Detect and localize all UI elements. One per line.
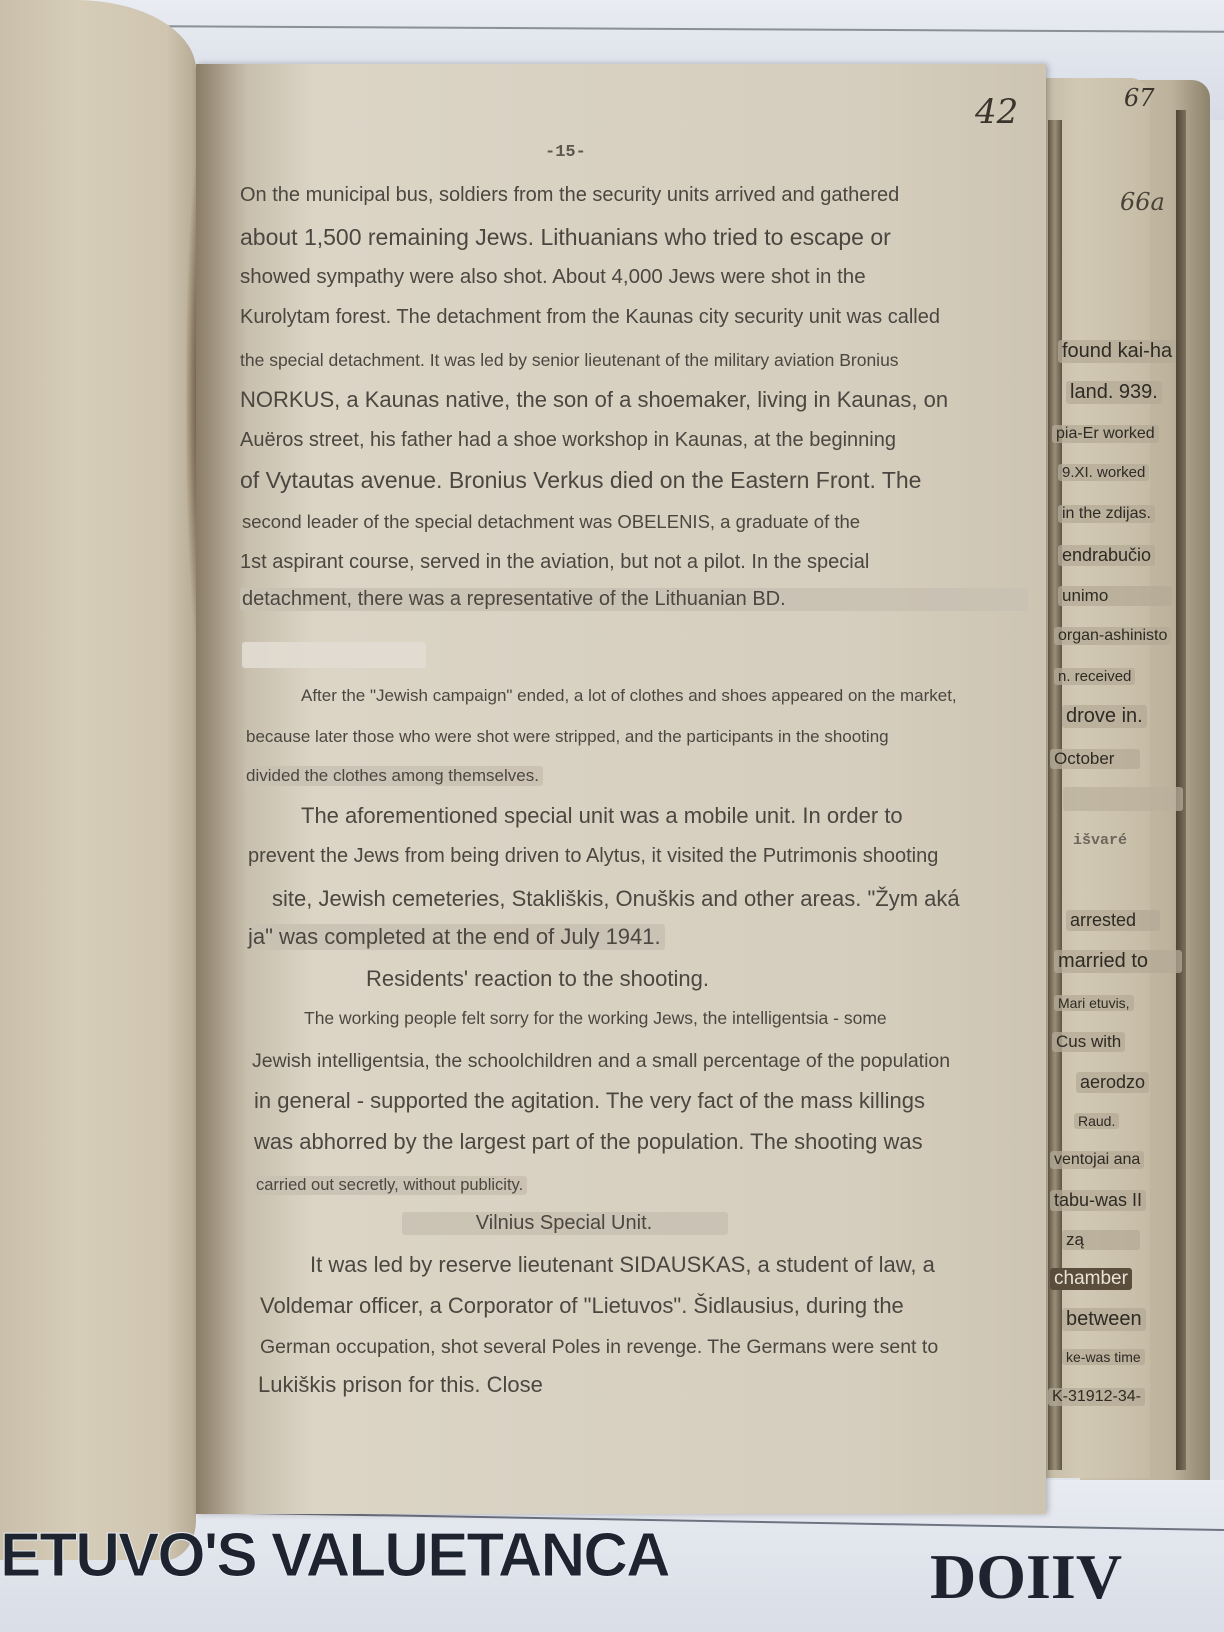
- body-line: showed sympathy were also shot. About 4,…: [240, 265, 866, 289]
- side-fragment: drove in.: [1062, 705, 1147, 728]
- body-line: was abhorred by the largest part of the …: [254, 1129, 923, 1155]
- side-fragment: zą: [1062, 1230, 1140, 1250]
- side-fragment: 9.XI. worked: [1058, 464, 1149, 481]
- body-line: Kurolytam forest. The detachment from th…: [240, 306, 940, 329]
- body-line: Lukiškis prison for this. Close: [258, 1372, 543, 1398]
- body-line: carried out secretly, without publicity.: [254, 1176, 527, 1195]
- side-fragment: between: [1062, 1308, 1146, 1331]
- body-line: The aforementioned special unit was a mo…: [301, 803, 903, 829]
- left-page: [0, 0, 196, 1560]
- body-line: NORKUS, a Kaunas native, the son of a sh…: [240, 387, 948, 413]
- side-fragment: Mari etuvis,: [1054, 995, 1134, 1011]
- side-fragment: unimo: [1058, 586, 1172, 606]
- newspaper-headline-right: DOIIV: [930, 1540, 1122, 1614]
- side-fragment: married to: [1054, 950, 1182, 973]
- body-line: the special detachment. It was led by se…: [240, 350, 899, 371]
- side-fragment: October: [1050, 749, 1140, 769]
- body-line: prevent the Jews from being driven to Al…: [248, 845, 938, 868]
- redacted-blank: [242, 642, 426, 668]
- side-fragment: n. received: [1054, 668, 1135, 685]
- side-fragment: land. 939.: [1066, 381, 1162, 404]
- body-line: about 1,500 remaining Jews. Lithuanians …: [240, 224, 891, 251]
- side-fragment: pia-Er worked: [1052, 425, 1159, 443]
- side-fragment: arrested: [1066, 910, 1160, 931]
- side-fragment-highlighted: chamber: [1050, 1268, 1132, 1290]
- page-number: -15-: [545, 143, 586, 162]
- handwritten-page-mark: 42: [975, 92, 1018, 132]
- handwritten-mark-67: 67: [1124, 84, 1155, 112]
- body-line: Auëros street, his father had a shoe wor…: [240, 429, 896, 452]
- side-fragment: ventojai ana: [1050, 1151, 1144, 1169]
- side-fragment: organ-ashinisto: [1054, 627, 1171, 645]
- section-heading-residents-reaction: Residents' reaction to the shooting.: [366, 966, 709, 992]
- body-line: German occupation, shot several Poles in…: [260, 1336, 938, 1359]
- body-line: site, Jewish cemeteries, Stakliškis, Onu…: [272, 886, 960, 912]
- body-line: After the "Jewish campaign" ended, a lot…: [301, 686, 957, 706]
- body-line: The working people felt sorry for the wo…: [304, 1008, 887, 1029]
- side-fragment: Cus with: [1052, 1032, 1125, 1052]
- body-line: Jewish intelligentsia, the schoolchildre…: [252, 1050, 950, 1073]
- side-fragment: in the zdijas.: [1058, 505, 1155, 523]
- body-line: ja" was completed at the end of July 194…: [246, 924, 665, 950]
- side-typed-stamp: išvaré: [1073, 832, 1127, 849]
- side-fragment: found kai-ha: [1058, 340, 1176, 363]
- body-line: second leader of the special detachment …: [242, 511, 860, 533]
- body-line: because later those who were shot were s…: [246, 727, 889, 747]
- side-fragment: aerodzo: [1076, 1072, 1149, 1093]
- body-line: of Vytautas avenue. Bronius Verkus died …: [240, 467, 921, 494]
- side-fragment: ke-was time: [1062, 1349, 1145, 1365]
- body-line: in general - supported the agitation. Th…: [254, 1088, 925, 1114]
- side-fragment: K-31912-34-: [1048, 1388, 1145, 1406]
- body-line: Voldemar officer, a Corporator of "Lietu…: [260, 1293, 904, 1319]
- side-fragment: Raud.: [1074, 1113, 1119, 1129]
- side-fragment: tabu-was II: [1050, 1190, 1146, 1211]
- body-line: detachment, there was a representative o…: [240, 588, 1028, 611]
- section-heading-vilnius-special-unit: Vilnius Special Unit.: [402, 1212, 728, 1235]
- body-line: 1st aspirant course, served in the aviat…: [240, 551, 869, 574]
- newspaper-headline: ETUVO'S VALUETANCA: [0, 1520, 669, 1591]
- body-line: It was led by reserve lieutenant SIDAUSK…: [310, 1252, 935, 1278]
- side-redacted-blank: [1063, 787, 1183, 811]
- handwritten-mark-66a: 66a: [1120, 188, 1165, 216]
- body-line: divided the clothes among themselves.: [244, 766, 543, 786]
- side-fragment: endrabučio: [1058, 545, 1155, 566]
- body-line: On the municipal bus, soldiers from the …: [240, 184, 899, 207]
